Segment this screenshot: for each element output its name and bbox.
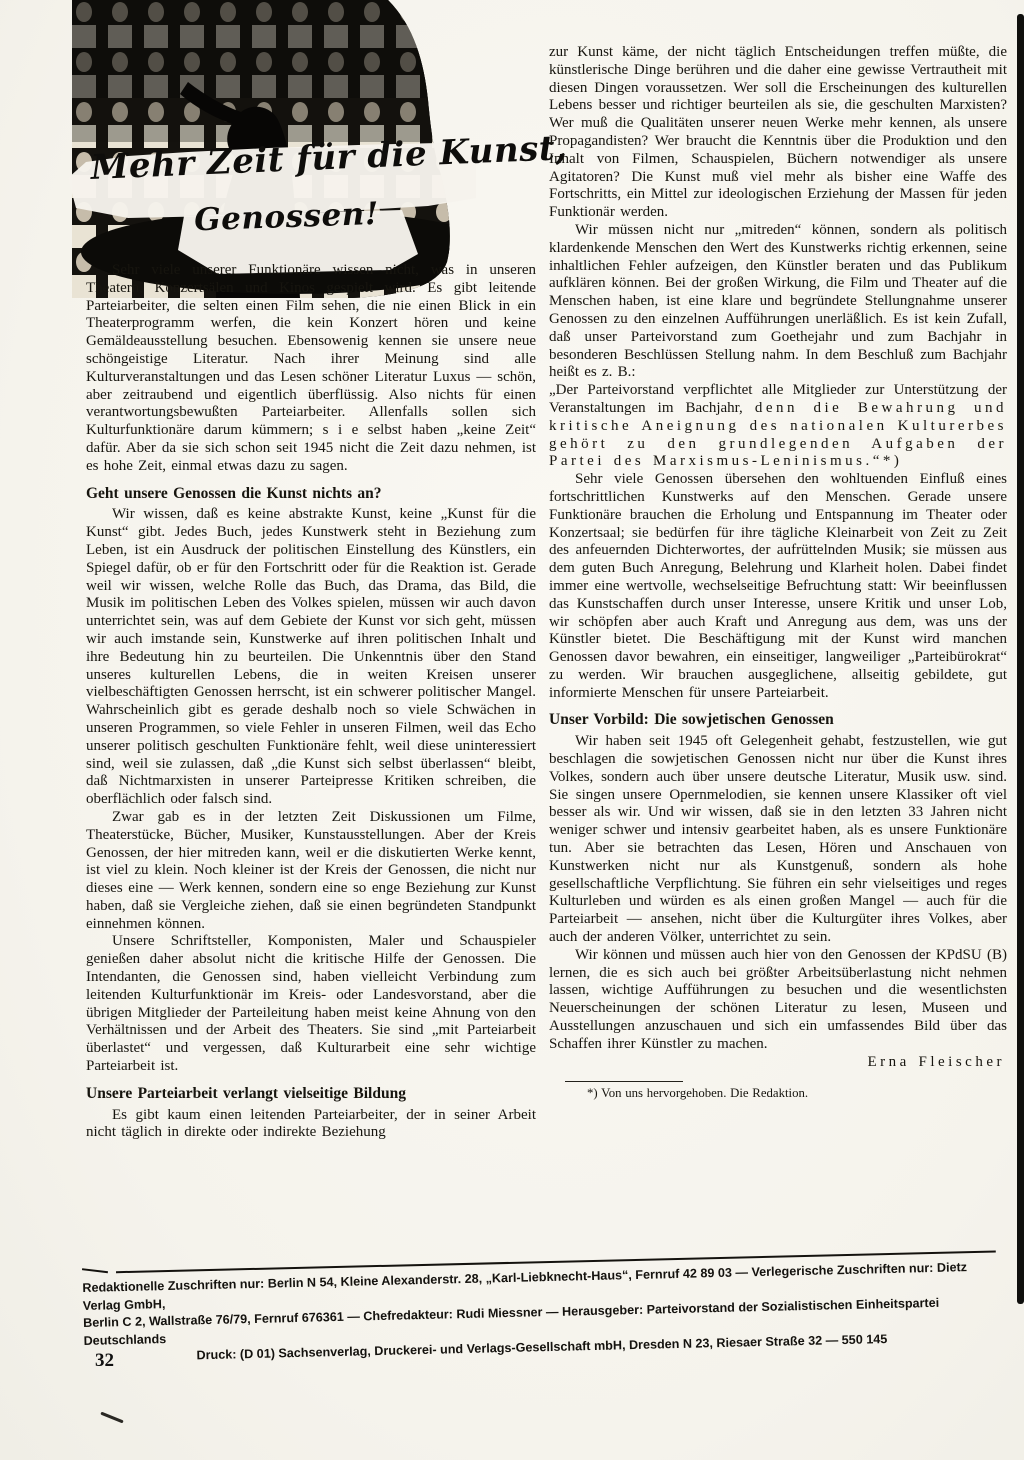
section-heading: Geht unsere Genossen die Kunst nichts an… bbox=[86, 485, 536, 503]
paragraph: Wir haben seit 1945 oft Gelegenheit geha… bbox=[549, 733, 1007, 947]
paragraph: Wir wissen, daß es keine abstrakte Kunst… bbox=[86, 506, 536, 809]
paragraph: Unsere Schriftsteller, Komponisten, Male… bbox=[86, 933, 536, 1075]
author-signature: Erna Fleischer bbox=[549, 1054, 1007, 1072]
paragraph: Wir können und müssen auch hier von den … bbox=[549, 947, 1007, 1054]
section-heading: Unser Vorbild: Die sowjetischen Genossen bbox=[549, 711, 1007, 729]
block-quote: „Der Parteivorstand verpflichtet alle Mi… bbox=[549, 382, 1007, 471]
footnote-rule bbox=[565, 1081, 683, 1082]
section-heading: Unsere Parteiarbeit verlangt vielseitige… bbox=[86, 1085, 536, 1103]
paragraph: Sehr viele unserer Funktionäre wissen ni… bbox=[86, 262, 536, 476]
paragraph: Wir müssen nicht nur „mitreden“ können, … bbox=[549, 222, 1007, 382]
magazine-page: Mehr Zeit für die Kunst, Genossen! Sehr … bbox=[0, 0, 1024, 1460]
footer-tick-mark bbox=[82, 1268, 108, 1273]
paragraph: zur Kunst käme, der nicht täglich Entsch… bbox=[549, 44, 1007, 222]
imprint-footer: Redaktionelle Zuschriften nur: Berlin N … bbox=[82, 1250, 1000, 1367]
page-number: 32 bbox=[95, 1350, 114, 1372]
paragraph: Sehr viele Genossen übersehen den wohltu… bbox=[549, 471, 1007, 702]
left-column: Sehr viele unserer Funktionäre wissen ni… bbox=[86, 262, 536, 1142]
paragraph: Zwar gab es in der letzten Zeit Diskussi… bbox=[86, 809, 536, 934]
right-column: zur Kunst käme, der nicht täglich Entsch… bbox=[549, 44, 1007, 1103]
footnote: *) Von uns hervorgehoben. Die Redaktion. bbox=[549, 1085, 1007, 1103]
paragraph: Es gibt kaum einen leitenden Parteiarbei… bbox=[86, 1107, 536, 1143]
scan-edge-bar bbox=[1017, 14, 1024, 1304]
scan-speck bbox=[100, 1412, 123, 1424]
